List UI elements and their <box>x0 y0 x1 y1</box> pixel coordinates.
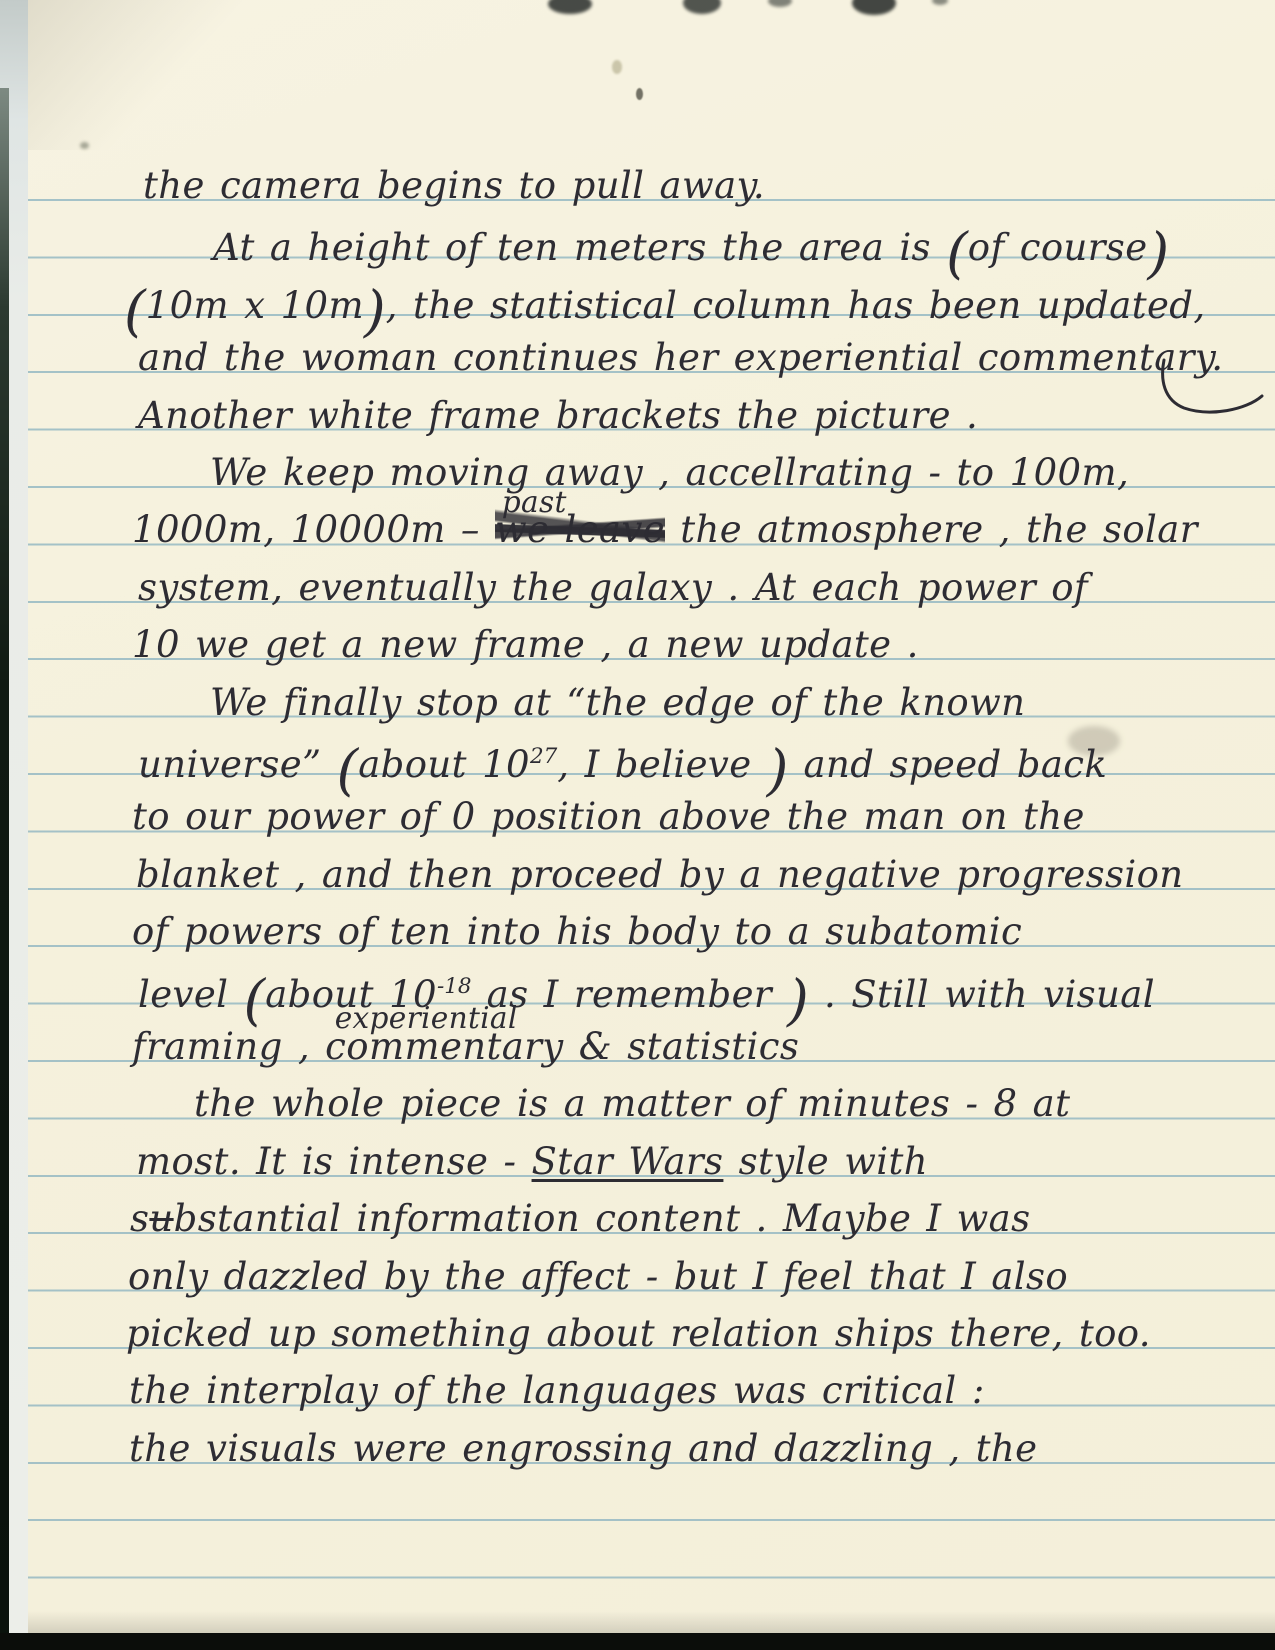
handwritten-line-3: (10m x 10m), the statistical column has … <box>124 279 1206 344</box>
pen-flourish <box>1158 358 1268 420</box>
text-segment: only dazzled by the affect - but I feel … <box>128 1255 1068 1298</box>
handwritten-line-17: the whole piece is a matter of minutes -… <box>194 1082 1070 1125</box>
handwritten-line-12: to our power of 0 position above the man… <box>132 795 1085 838</box>
text-segment: Another white frame brackets the picture… <box>138 394 978 437</box>
handwritten-line-13: blanket , and then proceed by a negative… <box>136 853 1184 896</box>
underlined-text: Star Wars <box>532 1140 724 1183</box>
large-parenthesis: ) <box>767 738 789 803</box>
large-parenthesis: ( <box>946 221 968 286</box>
text-segment: system, eventually the galaxy . At each … <box>138 566 1088 609</box>
handwritten-line-4: and the woman continues her experiential… <box>138 336 1223 379</box>
text-segment: the interplay of the languages was criti… <box>129 1369 985 1412</box>
scan-edge-dark-sliver <box>0 88 9 1633</box>
text-segment: the camera begins to pull away. <box>143 164 765 207</box>
text-segment: to our power of 0 position above the man… <box>132 795 1085 838</box>
struck-character: u <box>149 1197 173 1240</box>
handwritten-line-16: framing , experientialcommentary & stati… <box>132 1025 799 1068</box>
large-parenthesis: ) <box>1148 221 1170 286</box>
text-segment: the whole piece is a matter of minutes -… <box>194 1082 1070 1125</box>
handwritten-line-18: most. It is intense - Star Wars style wi… <box>136 1140 928 1183</box>
large-parenthesis: ( <box>124 279 146 344</box>
text-segment: At a height of ten meters the area is <box>213 226 946 269</box>
text-segment: the visuals were engrossing and dazzling… <box>129 1427 1037 1470</box>
large-parenthesis: ) <box>787 968 809 1033</box>
handwritten-line-1: the camera begins to pull away. <box>143 164 765 207</box>
superscript: 27 <box>530 744 557 769</box>
handwritten-line-5: Another white frame brackets the picture… <box>138 394 978 437</box>
handwritten-line-9: 10 we get a new frame , a new update . <box>132 623 919 666</box>
inserted-word: experiential <box>335 1001 518 1035</box>
insertion-correction: experientialcommentary <box>325 1025 563 1068</box>
handwritten-line-6: We keep moving away , accellrating - to … <box>210 451 1129 494</box>
text-segment: of powers of ten into his body to a suba… <box>132 910 1022 953</box>
text-segment: universe” <box>138 743 337 786</box>
text-segment: . Still with visual <box>809 972 1155 1015</box>
text-segment: framing , <box>132 1025 325 1068</box>
text-segment: level <box>138 972 244 1015</box>
text-segment: 10 we get a new frame , a new update . <box>132 623 919 666</box>
text-segment: We finally stop at “the edge of the know… <box>210 681 1025 724</box>
large-parenthesis: ( <box>244 968 266 1033</box>
handwritten-line-2: At a height of ten meters the area is (o… <box>213 221 1169 286</box>
text-segment: bstantial information content . Maybe I … <box>174 1197 1031 1240</box>
text-segment: as I remember <box>472 972 788 1015</box>
handwritten-line-15: level (about 10-18 as I remember ) . Sti… <box>138 968 1155 1033</box>
handwritten-line-19: substantial information content . Maybe … <box>130 1197 1031 1240</box>
text-segment: style with <box>723 1140 928 1183</box>
handwritten-line-22: the interplay of the languages was criti… <box>129 1369 985 1412</box>
handwritten-line-14: of powers of ten into his body to a suba… <box>132 910 1022 953</box>
text-segment: and the woman continues her experiential… <box>138 336 1223 379</box>
handwritten-line-20: only dazzled by the affect - but I feel … <box>128 1255 1068 1298</box>
text-segment: s <box>130 1197 149 1240</box>
insertion-correction: pastwe leave <box>495 508 665 551</box>
handwritten-line-8: system, eventually the galaxy . At each … <box>138 566 1088 609</box>
text-segment: , I believe <box>557 743 766 786</box>
large-parenthesis: ) <box>364 279 386 344</box>
scribbled-out-text: we leave <box>495 508 665 551</box>
text-segment: 10m x 10m <box>146 284 364 327</box>
text-segment: most. It is intense - <box>136 1140 532 1183</box>
scanned-notebook-page: the camera begins to pull away.At a heig… <box>0 0 1275 1650</box>
text-segment: the atmosphere , the solar <box>665 508 1198 551</box>
superscript: -18 <box>437 973 472 998</box>
text-segment: of course <box>968 226 1148 269</box>
text-segment: picked up something about relation ships… <box>126 1312 1151 1355</box>
handwriting-layer: the camera begins to pull away.At a heig… <box>28 0 1275 1633</box>
handwritten-line-10: We finally stop at “the edge of the know… <box>210 681 1025 724</box>
text-segment: about 10 <box>358 743 530 786</box>
handwritten-line-21: picked up something about relation ships… <box>126 1312 1151 1355</box>
handwritten-line-7: 1000m, 10000m – pastwe leave the atmosph… <box>132 508 1198 551</box>
text-segment: and speed back <box>788 743 1107 786</box>
text-segment: blanket , and then proceed by a negative… <box>136 853 1184 896</box>
text-segment: & statistics <box>564 1025 800 1068</box>
large-parenthesis: ( <box>337 738 359 803</box>
handwritten-line-23: the visuals were engrossing and dazzling… <box>129 1427 1037 1470</box>
text-segment: 1000m, 10000m – <box>132 508 495 551</box>
handwritten-line-11: universe” (about 1027, I believe ) and s… <box>138 738 1107 803</box>
text-segment: We keep moving away , accellrating - to … <box>210 451 1129 494</box>
text-segment: , the statistical column has been update… <box>386 284 1206 327</box>
